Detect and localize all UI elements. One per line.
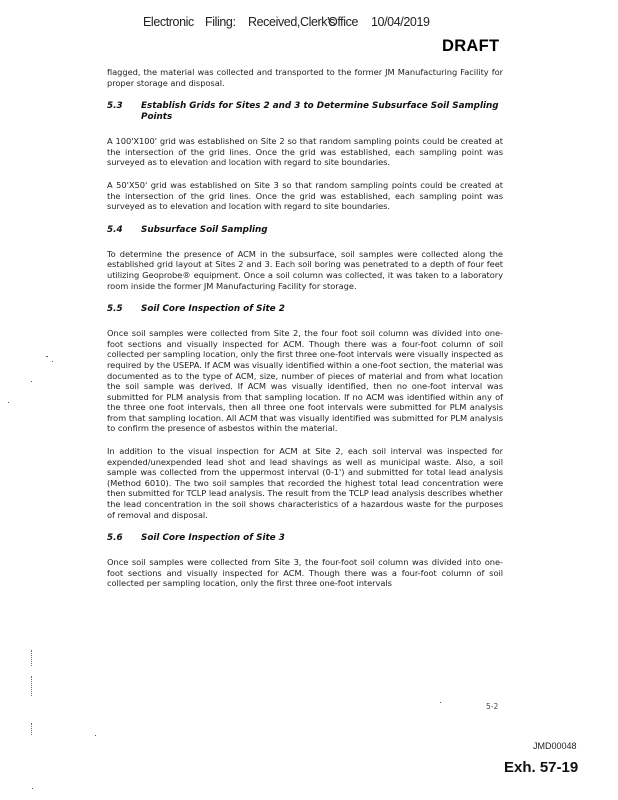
section-heading-5-3: 5.3 Establish Grids for Sites 2 and 3 to… bbox=[107, 101, 503, 123]
page-number: 5-2 bbox=[486, 702, 498, 711]
section-title: Soil Core Inspection of Site 3 bbox=[141, 533, 285, 544]
stamp-word: Received,Clerk's bbox=[248, 15, 328, 29]
bates-number: JMD00048 bbox=[533, 741, 577, 751]
draft-watermark: DRAFT bbox=[442, 37, 499, 56]
intro-paragraph: flagged, the material was collected and … bbox=[107, 67, 503, 88]
paragraph: Once soil samples were collected from Si… bbox=[107, 328, 503, 434]
stamp-date: 10/04/2019 bbox=[371, 15, 430, 29]
stamp-word: Electronic bbox=[143, 15, 205, 29]
section-number: 5.3 bbox=[107, 101, 141, 123]
section-title: Soil Core Inspection of Site 2 bbox=[141, 304, 285, 315]
section-number: 5.5 bbox=[107, 304, 141, 315]
scan-speck bbox=[31, 381, 32, 382]
scan-speck bbox=[31, 723, 33, 735]
stamp-word: Filing: bbox=[205, 15, 248, 29]
paragraph: A 100'X100' grid was established on Site… bbox=[107, 136, 503, 168]
scan-speck bbox=[440, 702, 441, 703]
section-number: 5.4 bbox=[107, 225, 141, 236]
section-heading-5-6: 5.6 Soil Core Inspection of Site 3 bbox=[107, 533, 503, 544]
section-number: 5.6 bbox=[107, 533, 141, 544]
stamp-word: Office bbox=[328, 15, 371, 29]
section-title: Establish Grids for Sites 2 and 3 to Det… bbox=[141, 101, 503, 123]
scan-speck bbox=[95, 735, 96, 736]
scan-speck bbox=[31, 650, 33, 666]
filing-stamp: ElectronicFiling:Received,Clerk'sOffice1… bbox=[143, 15, 430, 29]
scan-speck bbox=[52, 361, 53, 362]
paragraph: A 50'X50' grid was established on Site 3… bbox=[107, 180, 503, 212]
scan-speck bbox=[31, 676, 33, 696]
section-heading-5-5: 5.5 Soil Core Inspection of Site 2 bbox=[107, 304, 503, 315]
paragraph: To determine the presence of ACM in the … bbox=[107, 249, 503, 291]
section-title: Subsurface Soil Sampling bbox=[141, 225, 268, 236]
section-heading-5-4: 5.4 Subsurface Soil Sampling bbox=[107, 225, 503, 236]
paragraph: Once soil samples were collected from Si… bbox=[107, 557, 503, 589]
scan-speck bbox=[46, 356, 48, 357]
document-body: flagged, the material was collected and … bbox=[107, 67, 503, 589]
scan-speck bbox=[8, 402, 9, 403]
scan-speck bbox=[32, 788, 33, 789]
paragraph: In addition to the visual inspection for… bbox=[107, 446, 503, 520]
exhibit-label: Exh. 57-19 bbox=[504, 759, 578, 776]
